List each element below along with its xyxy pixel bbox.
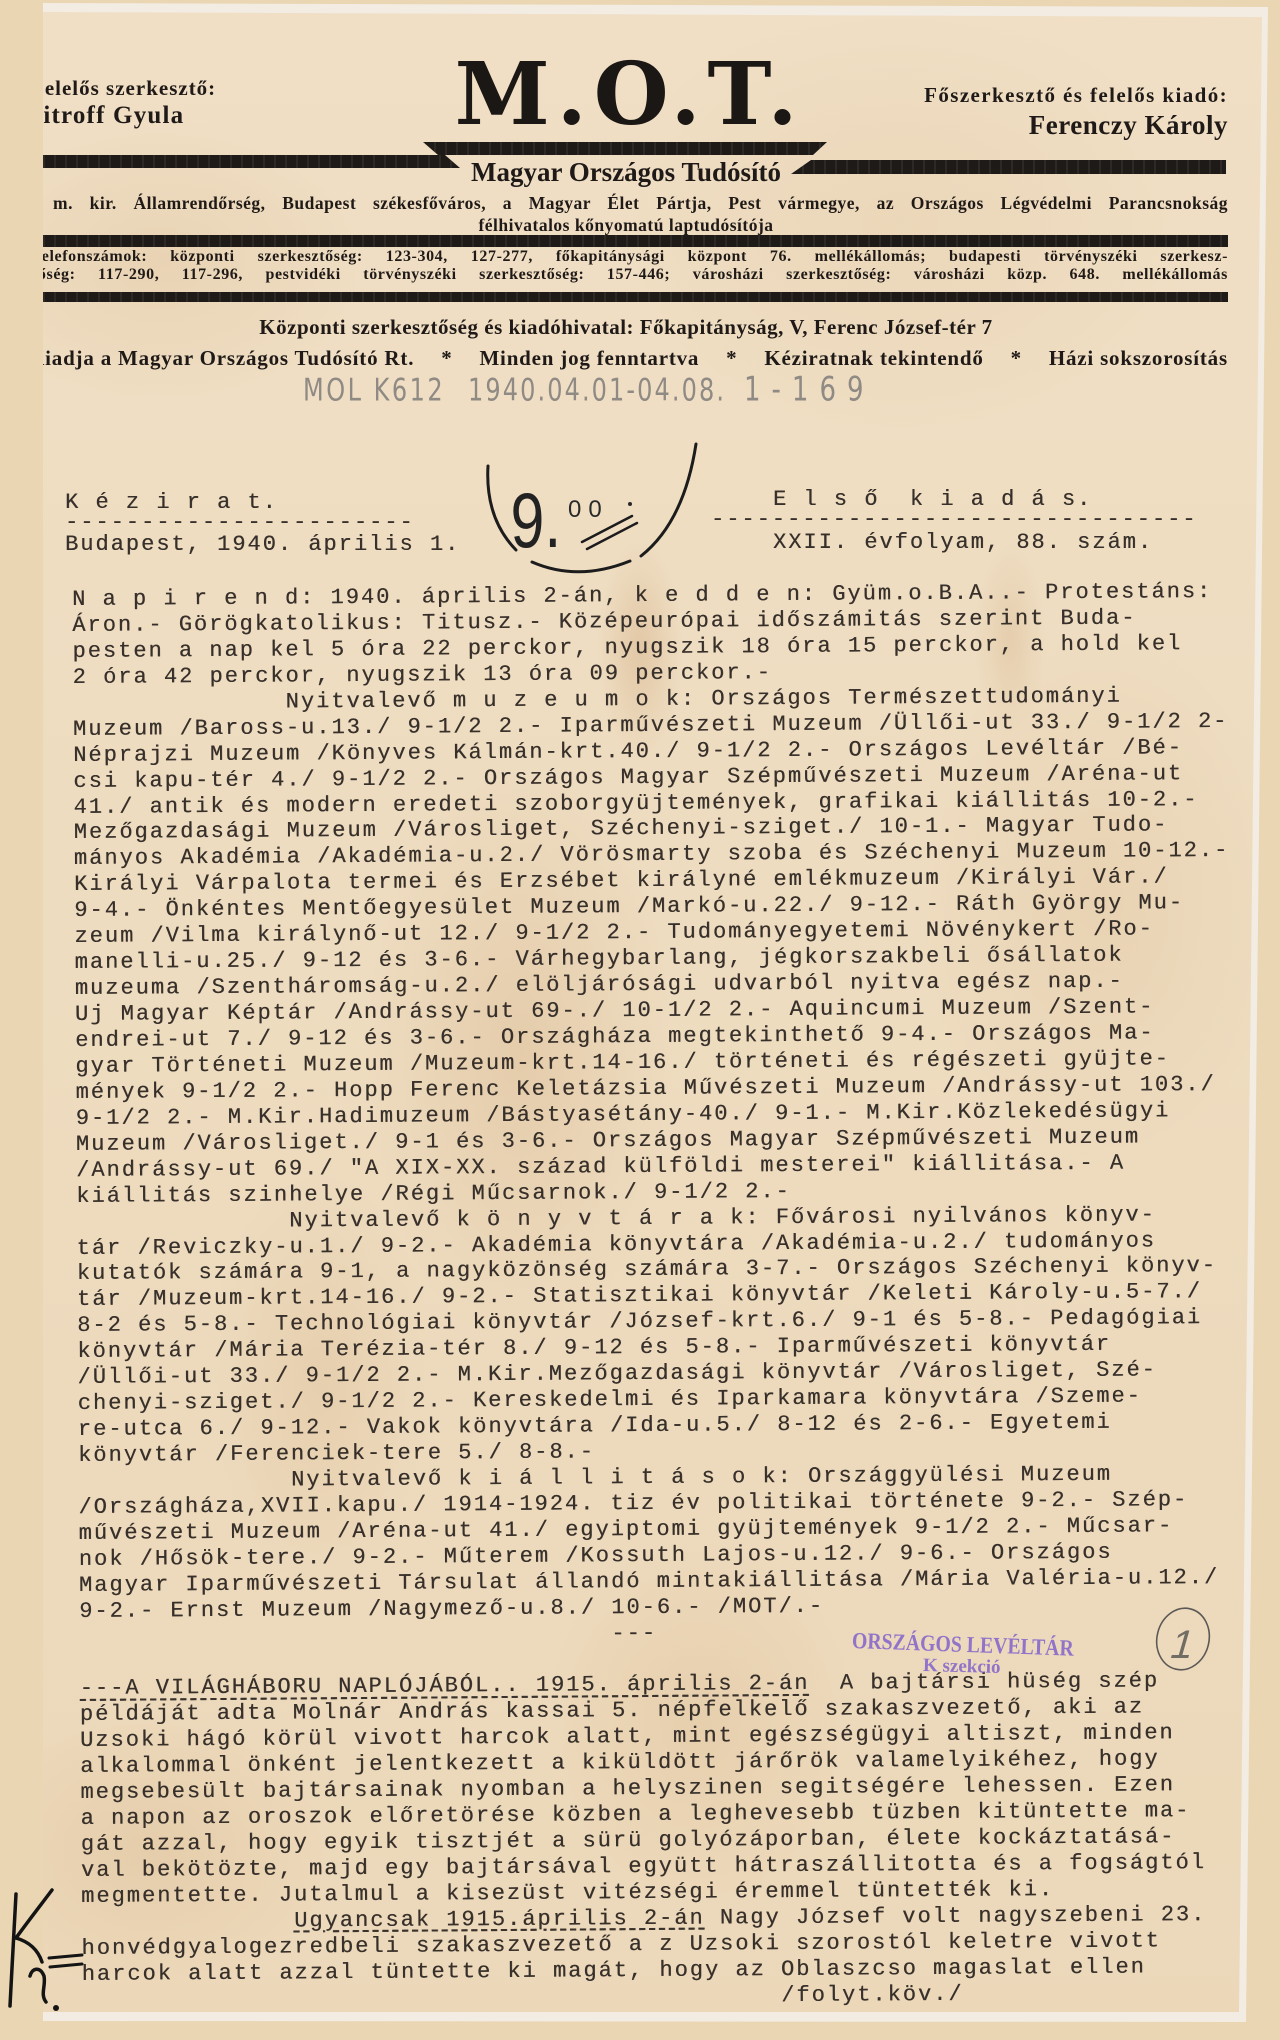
office-address: Központi szerkesztőség és kiadóhivatal: … [43,315,1228,339]
place-and-date: Budapest, 1940. április 1. [65,532,460,558]
document-page: Felelős szerkesztő: Vitroff Gyula M.O.T.… [43,10,1265,2014]
separator-asterisk: * [726,346,737,370]
phone-numbers-line-1: Telefonszámok: központi szerkesztőség: 1… [43,248,1228,266]
archive-date-range-note: 1940.04.01-04.08. [468,374,726,405]
masthead-rule-top [423,142,827,155]
issue-number: XXII. évfolyam, 88. szám. [773,530,1153,556]
masthead-rule-full [43,235,1228,247]
masthead-rule-full [43,292,1228,302]
typescript-body: N a p i r e n d: 1940. április 2-án, k e… [72,579,1265,2014]
time-stamp-circle-icon: 9. 00 [470,440,710,585]
page-number: 1 [1165,1622,1200,1667]
affiliation-line-continued: félhivatalos kőnyomatú laptudósítója [43,215,1228,235]
underlined-heading: Ugyancsak 1915.április 2-án [294,1906,705,1934]
imprint-line: Kiadja a Magyar Országos Tudósító Rt. * … [43,346,1228,370]
body-line: 9-2.- Ernst Muzeum /Nagymező-u.8./ 10-6.… [79,1593,824,1624]
line-segment [81,1908,294,1934]
phone-numbers-line-2: tőség: 117-290, 117-296, pestvidéki törv… [43,266,1228,284]
scanned-document: Felelős szerkesztő: Vitroff Gyula M.O.T.… [0,0,1280,2040]
masthead-subtitle: Magyar Országos Tudósító [43,159,1228,186]
affiliation-line: m. kir. Államrendőrség, Budapest székesf… [53,193,1228,213]
archive-page-range-note: 1-169 [744,374,875,405]
editor-in-chief-name: Ferenczy Károly [1029,109,1228,141]
publisher-credit: Kiadja a Magyar Országos Tudósító Rt. [43,346,414,370]
handwritten-initials-icon [0,1888,100,2018]
archive-fond-note: MOL K612 [303,374,445,405]
archive-stamp-section: K szekció [923,1655,1001,1679]
reproduction-notice: Házi sokszorosítás [1049,346,1228,370]
time-stamp-minutes: 00 [568,496,609,523]
editor-in-chief-label: Főszerkesztő és felelős kiadó: [924,83,1228,107]
line-segment: Nagy József volt nagyszebeni 23. [705,1902,1207,1931]
body-line: könyvtár /Ferenciek-tere 5./ 8-8.- [78,1439,595,1469]
body-line: /folyt.köv./ [82,1982,964,2014]
rights-notice: Minden jog fenntartva [479,346,699,370]
circled-page-number-icon: 1 [1148,1602,1218,1677]
separator-asterisk: * [441,346,452,370]
separator-asterisk: * [1011,346,1022,370]
body-line: --- [79,1621,657,1651]
underlined-heading: ---A VILÁGHÁBORU NAPLÓJÁBÓL.. 1915. ápri… [80,1671,810,1701]
manuscript-notice: Kéziratnak tekintendő [764,346,983,370]
time-stamp-hour: 9. [511,477,562,564]
